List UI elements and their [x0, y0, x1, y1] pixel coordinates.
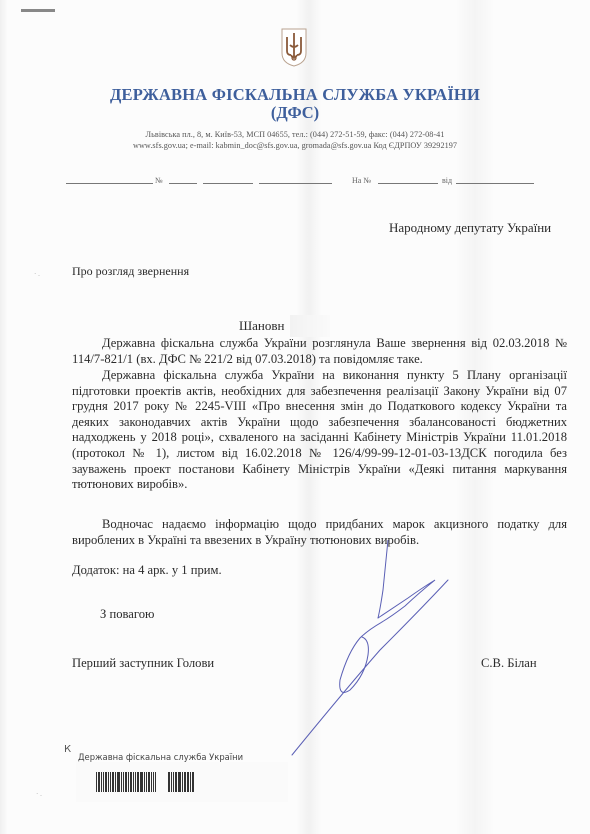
handwritten-signature-icon — [270, 540, 460, 780]
greeting: Шановн — [239, 318, 284, 334]
scan-mark — [21, 9, 55, 12]
attachment-note: Додаток: на 4 арк. у 1 прим. — [72, 563, 222, 579]
outgoing-number-field-2 — [203, 183, 253, 184]
reply-to-label: На № — [352, 176, 371, 185]
redacted-name — [290, 315, 330, 337]
body-paragraph-2: Державна фіскальна служба України на вик… — [72, 368, 567, 493]
org-contacts: www.sfs.gov.ua; e-mail: kabmin_doc@sfs.g… — [0, 141, 590, 150]
org-abbreviation: (ДФС) — [0, 103, 590, 123]
from-label: від — [442, 176, 452, 185]
closing: З повагою — [100, 607, 154, 623]
barcode-icon — [96, 772, 195, 792]
outgoing-number-field-3 — [259, 183, 332, 184]
org-title: ДЕРЖАВНА ФІСКАЛЬНА СЛУЖБА УКРАЇНИ — [0, 85, 590, 105]
trident-coat-of-arms-icon — [280, 27, 308, 67]
number-label: № — [155, 176, 163, 185]
letter-page: ДЕРЖАВНА ФІСКАЛЬНА СЛУЖБА УКРАЇНИ (ДФС) … — [0, 0, 590, 834]
paper-edge-shadow — [0, 0, 8, 834]
stamp-prefix: К — [64, 744, 71, 755]
subject-line: Про розгляд звернення — [72, 264, 189, 280]
reply-to-date-field — [456, 183, 534, 184]
addressee: Народному депутату України — [389, 220, 551, 236]
registration-row: № На № від — [66, 172, 566, 186]
signatory-position: Перший заступник Голови — [72, 656, 214, 672]
stamp-org: Державна фіскальна служба України — [78, 752, 243, 762]
margin-dots-bottom: · . — [36, 790, 42, 798]
outgoing-number-field — [169, 183, 197, 184]
org-address: Львівська пл., 8, м. Київ-53, МСП 04655,… — [0, 130, 590, 139]
signatory-name: С.В. Білан — [481, 656, 537, 672]
margin-dots: · . — [34, 270, 40, 278]
body-paragraph-1: Державна фіскальна служба України розгля… — [72, 336, 567, 367]
outgoing-date-field — [66, 183, 153, 184]
reply-to-number-field — [378, 183, 438, 184]
